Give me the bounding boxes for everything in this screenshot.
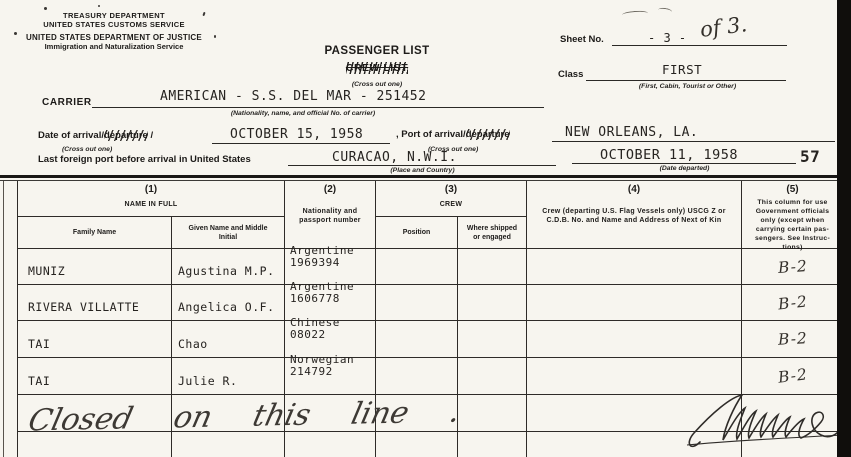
subheader-family-name: Family Name	[18, 217, 172, 249]
nationality-value: Norwegian	[290, 354, 375, 366]
col3-title: CREW	[440, 200, 463, 209]
ink-speck	[44, 7, 47, 10]
cell-position-2	[376, 285, 458, 321]
class-label: Class	[558, 69, 583, 80]
family-name-value: TAI	[28, 337, 50, 351]
last-port-value: CURACAO, N.W.I.	[332, 150, 457, 165]
class-value: FIRST	[662, 62, 702, 77]
cell-family-1: MUNIZ	[18, 249, 172, 285]
header-name-in-full: (1) NAME IN FULL	[18, 181, 285, 217]
passenger-list-title: PASSENGER LIST	[298, 45, 456, 57]
date-departed-note: (Date departed)	[602, 165, 767, 172]
crew-list-crossed-out: CREW LIST	[346, 62, 408, 74]
date-arrival-value: OCTOBER 15, 1958	[230, 127, 363, 142]
col4-title: Crew (departing U.S. Flag Vessels only) …	[541, 207, 727, 225]
form-title: PASSENGER LIST CREW LIST (Cross out one)	[298, 45, 456, 88]
carrier-label: CARRIER	[42, 97, 92, 108]
ink-speck	[98, 5, 100, 7]
empty-row-cell	[376, 432, 458, 457]
class-note: (First, Cabin, Tourist or Other)	[600, 83, 775, 90]
sheet-no-label: Sheet No.	[560, 34, 604, 45]
carrier-value: AMERICAN - S.S. DEL MAR - 251452	[160, 89, 426, 104]
port-arrival-line	[552, 141, 835, 142]
col2-number: (2)	[324, 184, 336, 195]
cell-official-3: B-2	[742, 321, 844, 358]
cell-kin-4	[527, 358, 742, 395]
ink-speck	[14, 32, 17, 35]
cell-given-2: Angelica O.F.	[172, 285, 285, 321]
col1-title: NAME IN FULL	[125, 200, 178, 209]
cell-official-2: B-2	[742, 285, 844, 321]
last-port-note: (Place and Country)	[330, 167, 515, 174]
subheader-given-name: Given Name and Middle Initial	[172, 217, 285, 249]
cell-given-1: Agustina M.P.	[172, 249, 285, 285]
given-name-subhead: Given Name and Middle Initial	[186, 224, 270, 242]
date-departed-line	[572, 163, 796, 164]
cell-nationality-4: Norwegian214792	[285, 358, 376, 395]
class-line	[586, 80, 786, 81]
agency-header: TREASURY DEPARTMENT UNITED STATES CUSTOM…	[20, 11, 208, 51]
date-arrival-label-post: /	[148, 130, 153, 141]
nationality-value: Argentine	[290, 245, 375, 257]
family-name-value: TAI	[28, 374, 50, 388]
header-crew: (3) CREW	[376, 181, 527, 217]
nationality-value: Argentine	[290, 281, 375, 293]
cell-given-3: Chao	[172, 321, 285, 358]
col5-title: This column for use Government officials…	[748, 198, 837, 252]
empty-row-cell	[458, 432, 527, 457]
empty-row-cell	[172, 432, 285, 457]
col3-number: (3)	[445, 184, 457, 195]
date-cross-note: (Cross out one)	[62, 146, 112, 153]
agency-line-1: TREASURY DEPARTMENT	[20, 11, 208, 20]
empty-row-cell	[285, 432, 376, 457]
port-arrival-value: NEW ORLEANS, LA.	[565, 125, 698, 140]
given-name-value: Agustina M.P.	[178, 264, 275, 278]
given-name-value: Chao	[178, 337, 208, 351]
port-arrival-struck-word: departure	[466, 129, 510, 140]
date-arrival-line	[212, 143, 390, 144]
cell-kin-3	[527, 321, 742, 358]
cell-shipped-4	[458, 358, 527, 395]
agency-line-4: Immigration and Naturalization Service	[20, 42, 208, 51]
cell-official-4: B-2	[742, 358, 844, 395]
cell-official-1: B-2	[742, 249, 844, 285]
cell-position-3	[376, 321, 458, 358]
last-port-line	[288, 165, 556, 166]
ink-speck	[214, 35, 216, 38]
film-edge-strip	[837, 0, 851, 457]
visa-class-handwritten: B-2	[777, 329, 808, 349]
cell-family-3: TAI	[18, 321, 172, 358]
cell-shipped-3	[458, 321, 527, 358]
col5-number: (5)	[786, 184, 798, 195]
date-departed-value: OCTOBER 11, 1958	[600, 147, 738, 163]
port-arrival-label: , Port of arrival/departure	[396, 129, 510, 140]
position-subhead: Position	[403, 228, 431, 237]
sheet-edge-line	[3, 181, 4, 457]
carrier-line	[92, 107, 544, 108]
cell-position-1	[376, 249, 458, 285]
cross-out-note: (Cross out one)	[298, 81, 456, 88]
header-officials-column: (5) This column for use Government offic…	[742, 181, 844, 249]
last-port-label: Last foreign port before arrival in Unit…	[38, 154, 251, 165]
family-name-value: MUNIZ	[28, 264, 65, 278]
date-arrival-struck-word: departure	[104, 130, 148, 141]
cell-shipped-1	[458, 249, 527, 285]
cell-position-4	[376, 358, 458, 395]
pencil-mark	[622, 10, 648, 18]
cell-family-4: TAI	[18, 358, 172, 395]
col4-number: (4)	[628, 184, 640, 195]
carrier-note: (Nationality, name, and official No. of …	[208, 110, 398, 117]
cell-kin-2	[527, 285, 742, 321]
header-next-of-kin: (4) Crew (departing U.S. Flag Vessels on…	[527, 181, 742, 249]
given-name-value: Julie R.	[178, 374, 237, 388]
passenger-list-document: TREASURY DEPARTMENT UNITED STATES CUSTOM…	[0, 0, 851, 457]
sheet-no-script: of 3.	[699, 12, 749, 42]
subheader-where-shipped: Where shipped or engaged	[458, 217, 527, 249]
passport-value: 08022	[290, 329, 375, 341]
header-nationality: (2) Nationality and passport number	[285, 181, 376, 249]
sheet-no-line	[612, 45, 787, 46]
date-arrival-label: Date of arrival/departure /	[38, 130, 153, 141]
family-name-subhead: Family Name	[73, 228, 116, 237]
cell-given-4: Julie R.	[172, 358, 285, 395]
page-stamp: 57	[800, 147, 820, 166]
visa-class-handwritten: B-2	[777, 292, 808, 313]
date-arrival-label-pre: Date of arrival/	[38, 130, 104, 141]
passport-value: 1969394	[290, 257, 375, 269]
port-arrival-label-pre: , Port of arrival/	[396, 129, 466, 140]
family-name-value: RIVERA VILLATTE	[28, 300, 139, 314]
table-top-rule-heavy	[0, 175, 851, 178]
sheet-no-typed: - 3 -	[648, 31, 687, 45]
agency-line-2: UNITED STATES CUSTOMS SERVICE	[20, 20, 208, 29]
cell-kin-1	[527, 249, 742, 285]
agency-line-3: UNITED STATES DEPARTMENT OF JUSTICE	[20, 33, 208, 42]
passport-value: 214792	[290, 366, 375, 378]
col2-title: Nationality and passport number	[293, 207, 367, 225]
visa-class-handwritten: B-2	[777, 256, 808, 276]
nationality-value: Chinese	[290, 317, 375, 329]
closing-row-cell	[458, 395, 527, 432]
given-name-value: Angelica O.F.	[178, 300, 275, 314]
subheader-position: Position	[376, 217, 458, 249]
visa-class-handwritten: B-2	[777, 365, 809, 386]
cell-family-2: RIVERA VILLATTE	[18, 285, 172, 321]
passport-value: 1606778	[290, 293, 375, 305]
where-shipped-subhead: Where shipped or engaged	[466, 224, 518, 242]
cell-shipped-2	[458, 285, 527, 321]
signature-scrawl-icon	[684, 392, 846, 454]
pencil-mark	[658, 7, 673, 15]
col1-number: (1)	[145, 184, 157, 195]
